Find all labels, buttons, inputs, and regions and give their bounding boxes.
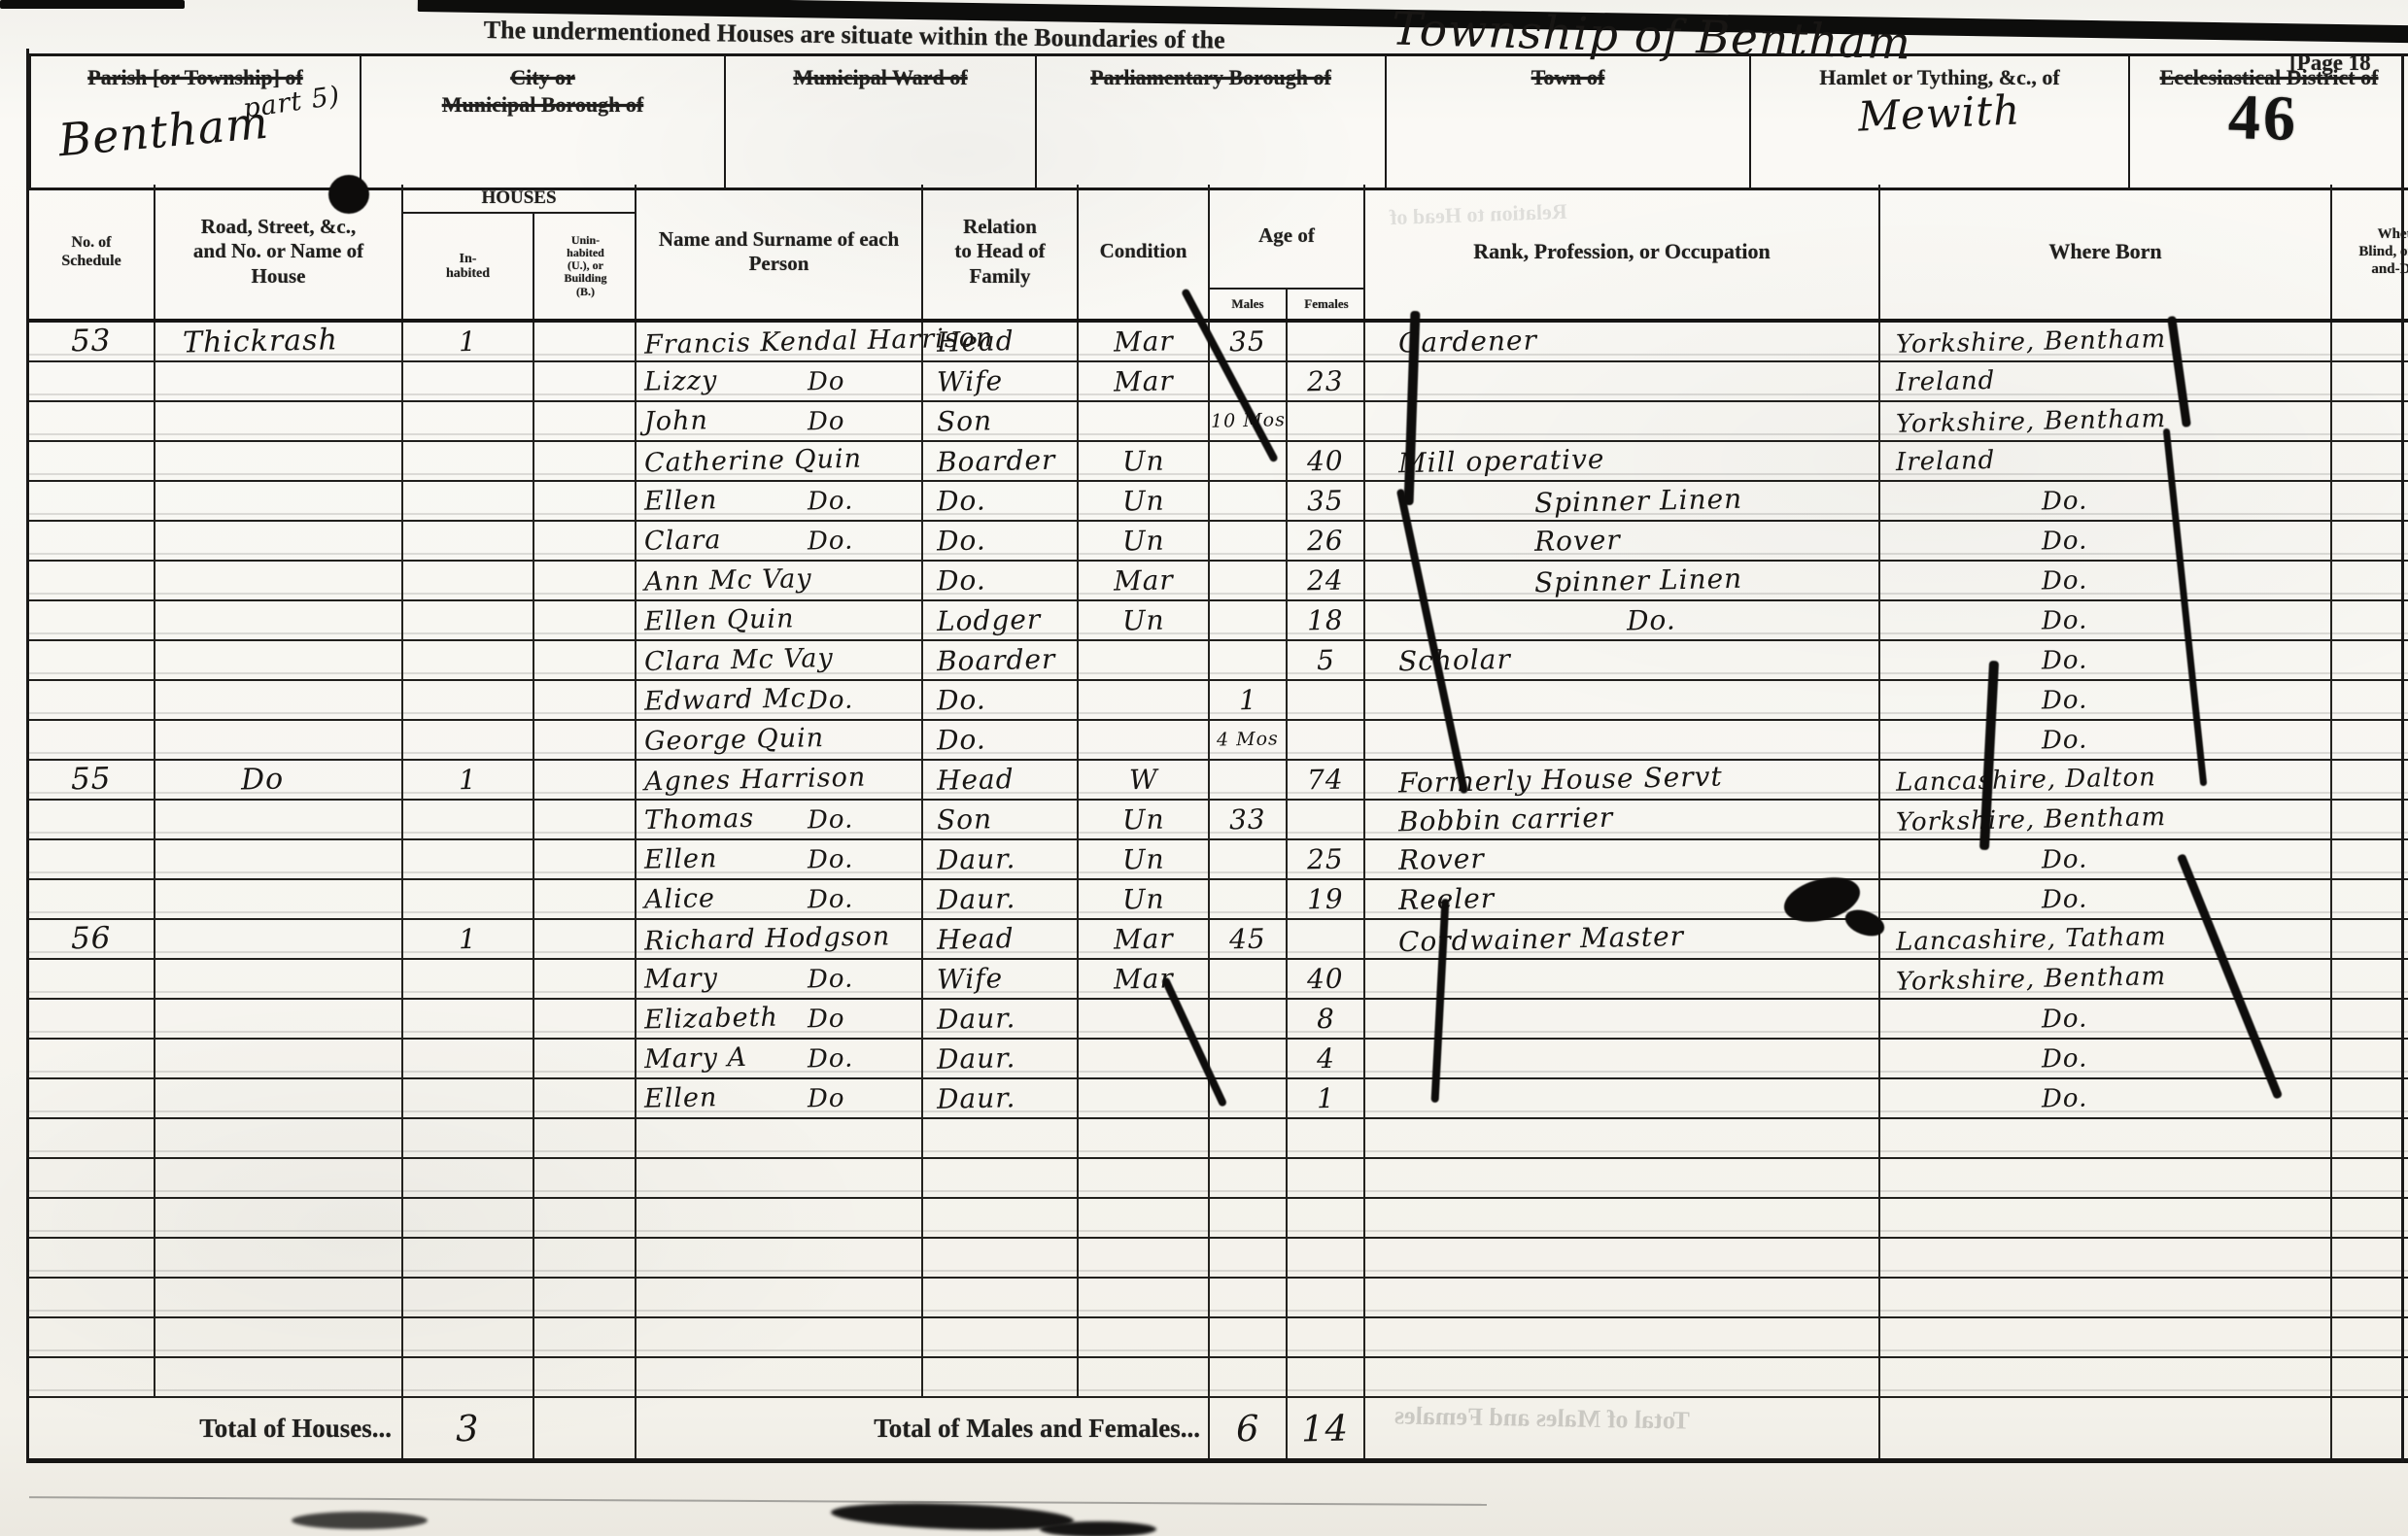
born-cell	[1880, 1358, 2332, 1396]
rel-text: Do.	[937, 726, 986, 754]
inf-cell	[2332, 1159, 2408, 1197]
name-cell: Clara Mc Vay	[636, 641, 923, 679]
born-text: Do.	[2042, 886, 2088, 912]
cond-cell: Un	[1079, 442, 1210, 480]
inh-cell	[403, 1079, 534, 1117]
name-ditto: Do	[808, 1006, 845, 1032]
f-cell: 18	[1288, 601, 1365, 639]
inf-cell	[2332, 880, 2408, 918]
inh-cell	[403, 1000, 534, 1038]
m-text: 45	[1229, 925, 1266, 953]
born-cell: Lancashire, Tatham	[1880, 920, 2332, 958]
m-cell	[1210, 522, 1288, 560]
road-cell	[155, 641, 403, 679]
inh-cell	[403, 721, 534, 759]
road-cell	[155, 1079, 403, 1117]
born-text: Yorkshire, Bentham	[1896, 964, 2167, 995]
rel-cell: Wife	[923, 362, 1079, 400]
name-cell: Ann Mc Vay	[636, 562, 923, 599]
sched-cell	[29, 482, 155, 520]
rel-cell	[923, 1279, 1079, 1316]
m-cell	[1210, 1159, 1288, 1197]
uninh-cell	[534, 1239, 636, 1277]
name-text: Ellen	[644, 487, 718, 515]
born-text: Do.	[2042, 567, 2088, 594]
born-text: Lancashire, Dalton	[1896, 765, 2156, 796]
rel-cell: Boarder	[923, 641, 1079, 679]
born-cell: Lancashire, Dalton	[1880, 761, 2332, 799]
road-cell	[155, 1199, 403, 1237]
m-cell	[1210, 562, 1288, 599]
road-cell	[155, 1239, 403, 1277]
f-text: 35	[1307, 487, 1344, 515]
name-cell: ThomasDo.	[636, 801, 923, 838]
m-cell	[1210, 1239, 1288, 1277]
occ-text: Rover	[1534, 527, 1621, 556]
name-cell: ElizabethDo	[636, 1000, 923, 1038]
f-cell: 40	[1288, 960, 1365, 998]
born-text: Ireland	[1896, 447, 1996, 474]
houses-subheaders: In- habited Unin- habited (U.), or Build…	[403, 214, 635, 319]
name-text: Thomas	[644, 805, 755, 834]
inh-text: 1	[459, 766, 477, 793]
cond-text: Un	[1121, 606, 1164, 634]
occ-text: Spinner Linen	[1534, 485, 1743, 516]
parish-label-struck: Parish [or Township] of	[87, 65, 302, 89]
f-cell: 35	[1288, 482, 1365, 520]
f-text: 4	[1316, 1044, 1334, 1072]
parliamentary-label: Parliamentary Borough of	[1037, 64, 1385, 91]
born-cell: Yorkshire, Bentham	[1880, 323, 2332, 360]
occ-cell	[1365, 1119, 1880, 1157]
name-cell: Agnes Harrison	[636, 761, 923, 799]
rel-cell: Do.	[923, 482, 1079, 520]
rel-cell: Head	[923, 761, 1079, 799]
m-cell	[1210, 840, 1288, 878]
road-cell	[155, 1358, 403, 1396]
rel-text: Lodger	[937, 605, 1042, 634]
total-females-value: 14	[1288, 1398, 1365, 1458]
name-text: Mary	[644, 965, 718, 993]
f-cell	[1288, 1159, 1365, 1197]
uninh-cell	[534, 1279, 636, 1316]
born-cell: Do.	[1880, 482, 2332, 520]
road-cell	[155, 601, 403, 639]
census-page-scan: The undermentioned Houses are situate wi…	[0, 0, 2408, 1536]
name-ditto: Do.	[808, 886, 854, 912]
m-cell	[1210, 442, 1288, 480]
road-cell	[155, 362, 403, 400]
road-cell: Thickrash	[155, 323, 403, 360]
road-text: Thickrash	[183, 325, 338, 358]
road-cell	[155, 840, 403, 878]
name-text: George Quin	[644, 725, 825, 755]
m-cell	[1210, 641, 1288, 679]
road-header-label: Road, Street, &c., and No. or Name of Ho…	[193, 215, 363, 289]
name-text: Mary A	[644, 1044, 748, 1073]
sched-cell	[29, 1318, 155, 1356]
name-text: Alice	[644, 885, 715, 913]
uninh-cell	[534, 1000, 636, 1038]
born-cell: Do.	[1880, 641, 2332, 679]
uninh-cell	[534, 840, 636, 878]
ward-label: Municipal Ward of	[726, 64, 1035, 91]
m-cell: 1	[1210, 681, 1288, 719]
rel-text: Son	[937, 805, 993, 834]
f-cell	[1288, 1279, 1365, 1316]
cond-cell: W	[1079, 761, 1210, 799]
cond-cell	[1079, 681, 1210, 719]
inh-text: 1	[459, 327, 477, 355]
name-text: Lizzy	[644, 367, 718, 395]
f-text: 19	[1307, 885, 1344, 913]
cond-cell	[1079, 402, 1210, 440]
born-text: Do.	[2042, 607, 2088, 633]
f-cell	[1288, 323, 1365, 360]
houses-column-header: HOUSES In- habited Unin- habited (U.), o…	[403, 185, 636, 319]
sched-cell	[29, 1000, 155, 1038]
cond-cell	[1079, 1199, 1210, 1237]
name-ditto: Do.	[808, 687, 854, 713]
uninhabited-header-label: Unin- habited (U.), or Building (B.)	[534, 214, 636, 319]
rel-cell: Do.	[923, 522, 1079, 560]
occ-text: Formerly House Servt	[1398, 763, 1723, 797]
occ-cell	[1365, 1079, 1880, 1117]
totals-infirmity-cell	[2332, 1398, 2408, 1458]
f-cell	[1288, 721, 1365, 759]
totals-rank-cell: Total of Males and Females	[1365, 1398, 1880, 1458]
born-text: Yorkshire, Bentham	[1896, 406, 2167, 437]
inf-cell	[2332, 960, 2408, 998]
f-cell: 5	[1288, 641, 1365, 679]
sched-cell	[29, 1358, 155, 1396]
district-box-town: Town of	[1387, 56, 1751, 188]
age-header-label: Age of	[1210, 185, 1363, 288]
uninh-cell	[534, 362, 636, 400]
cond-cell	[1079, 641, 1210, 679]
cond-cell	[1079, 1119, 1210, 1157]
entry-row-19: Mary ADo.Daur.4Do.	[29, 1040, 2408, 1079]
parish-written: Bentham	[56, 100, 270, 163]
sched-cell	[29, 681, 155, 719]
uninh-cell	[534, 323, 636, 360]
uninh-cell	[534, 721, 636, 759]
uninh-cell	[534, 681, 636, 719]
inf-cell	[2332, 801, 2408, 838]
name-cell: LizzyDo	[636, 362, 923, 400]
f-cell	[1288, 1239, 1365, 1277]
born-text: Do.	[2042, 846, 2088, 872]
sched-cell: 56	[29, 920, 155, 958]
f-cell: 19	[1288, 880, 1365, 918]
f-cell: 26	[1288, 522, 1365, 560]
rel-text: Wife	[937, 965, 1004, 993]
name-cell: EllenDo.	[636, 840, 923, 878]
district-boxes: Parish [or Township] of Bentham part 5) …	[29, 53, 2408, 190]
born-cell: Do.	[1880, 880, 2332, 918]
entry-row-6: ClaraDo.Do.Un26RoverDo.	[29, 522, 2408, 562]
inf-cell	[2332, 1279, 2408, 1316]
name-cell: EllenDo	[636, 1079, 923, 1117]
schedule-column-header: No. of Schedule	[29, 185, 155, 319]
occ-cell	[1365, 402, 1880, 440]
rel-cell: Daur.	[923, 880, 1079, 918]
name-cell: ClaraDo.	[636, 522, 923, 560]
sched-cell	[29, 1199, 155, 1237]
cond-cell	[1079, 1279, 1210, 1316]
born-cell: Do.	[1880, 522, 2332, 560]
road-cell	[155, 482, 403, 520]
born-text: Do.	[2042, 1006, 2088, 1032]
rel-text: Daur.	[937, 1044, 1016, 1074]
m-cell: 45	[1210, 920, 1288, 958]
uninh-cell	[534, 442, 636, 480]
town-label: Town of	[1387, 64, 1749, 91]
f-text: 26	[1307, 527, 1344, 555]
sched-cell	[29, 362, 155, 400]
uninh-cell	[534, 482, 636, 520]
name-ditto: Do.	[808, 966, 854, 992]
inh-cell	[403, 960, 534, 998]
inf-cell	[2332, 920, 2408, 958]
name-ditto: Do.	[808, 1045, 854, 1072]
entry-row-5: EllenDo.Do.Un35Spinner LinenDo.	[29, 482, 2408, 522]
uninh-cell	[534, 880, 636, 918]
m-cell	[1210, 1000, 1288, 1038]
f-cell: 8	[1288, 1000, 1365, 1038]
total-males-value: 6	[1210, 1398, 1288, 1458]
occ-text: Mill operative	[1398, 445, 1605, 476]
rel-text: Daur.	[937, 845, 1016, 874]
cond-cell	[1079, 1239, 1210, 1277]
entry-row-16: 561Richard HodgsonHeadMar45Cordwainer Ma…	[29, 920, 2408, 960]
entry-row-2: LizzyDoWifeMar23Ireland	[29, 362, 2408, 402]
rel-text: Son	[937, 407, 993, 435]
m-cell	[1210, 1358, 1288, 1396]
uninh-cell	[534, 1199, 636, 1237]
name-cell	[636, 1119, 923, 1157]
cond-cell: Mar	[1079, 323, 1210, 360]
inf-cell	[2332, 1000, 2408, 1038]
entry-row-22	[29, 1159, 2408, 1199]
name-cell	[636, 1318, 923, 1356]
f-cell: 24	[1288, 562, 1365, 599]
rel-text: Do.	[937, 686, 986, 714]
uninh-cell	[534, 801, 636, 838]
occ-cell: Do.	[1365, 601, 1880, 639]
district-box-parish: Parish [or Township] of Bentham part 5)	[31, 56, 361, 188]
rel-text: Do.	[937, 487, 986, 515]
f-text: 8	[1316, 1005, 1334, 1032]
m-text: 1	[1238, 686, 1256, 713]
name-cell: Mary ADo.	[636, 1040, 923, 1077]
road-cell	[155, 402, 403, 440]
rel-text: Head	[937, 925, 1015, 954]
m-cell	[1210, 1279, 1288, 1316]
entry-row-21	[29, 1119, 2408, 1159]
uninh-cell	[534, 641, 636, 679]
cond-cell: Un	[1079, 801, 1210, 838]
parliamentary-label-struck: Parliamentary Borough of	[1090, 65, 1331, 89]
inh-cell	[403, 1199, 534, 1237]
sched-cell	[29, 1040, 155, 1077]
infirmity-column-header: Whether Blind, or Deaf- and-Dumb	[2332, 185, 2408, 319]
sched-cell	[29, 1119, 155, 1157]
road-cell	[155, 1318, 403, 1356]
born-text: Ireland	[1896, 367, 1996, 394]
rel-cell	[923, 1239, 1079, 1277]
born-text: Do.	[2042, 488, 2088, 514]
inh-cell	[403, 442, 534, 480]
uninh-cell	[534, 601, 636, 639]
rel-cell: Do.	[923, 721, 1079, 759]
m-cell	[1210, 1318, 1288, 1356]
born-cell: Yorkshire, Bentham	[1880, 801, 2332, 838]
inh-cell	[403, 402, 534, 440]
entry-row-26	[29, 1318, 2408, 1358]
rel-cell: Daur.	[923, 1000, 1079, 1038]
rel-cell: Boarder	[923, 442, 1079, 480]
inh-cell	[403, 681, 534, 719]
born-cell: Do.	[1880, 721, 2332, 759]
sched-cell	[29, 840, 155, 878]
inf-cell	[2332, 482, 2408, 520]
entry-row-24	[29, 1239, 2408, 1279]
sched-text: 56	[71, 924, 112, 955]
entry-row-23	[29, 1199, 2408, 1239]
born-cell: Ireland	[1880, 362, 2332, 400]
inh-cell	[403, 880, 534, 918]
cond-text: Mar	[1113, 367, 1173, 395]
entry-row-4: Catherine QuinBoarderUn40Mill operativeI…	[29, 442, 2408, 482]
road-cell	[155, 920, 403, 958]
occ-cell	[1365, 1159, 1880, 1197]
cond-cell: Mar	[1079, 562, 1210, 599]
sheet-right-border	[2401, 53, 2404, 1463]
sheet-left-border	[26, 49, 29, 1463]
inh-cell	[403, 601, 534, 639]
cond-cell: Mar	[1079, 960, 1210, 998]
m-cell	[1210, 1040, 1288, 1077]
born-column-header: Where Born	[1880, 185, 2332, 319]
road-cell	[155, 721, 403, 759]
rel-text: Daur.	[937, 1005, 1016, 1034]
road-cell	[155, 801, 403, 838]
name-ditto: Do.	[808, 488, 854, 514]
uninh-cell	[534, 1040, 636, 1077]
occ-cell	[1365, 1358, 1880, 1396]
name-ditto: Do	[808, 408, 845, 434]
name-text: Ellen	[644, 845, 718, 873]
inf-cell	[2332, 1199, 2408, 1237]
occ-cell: Gardener	[1365, 323, 1880, 360]
occ-text: Spinner Linen	[1534, 564, 1743, 596]
inf-cell	[2332, 562, 2408, 599]
occ-cell: Spinner Linen	[1365, 482, 1880, 520]
cond-text: Un	[1121, 805, 1164, 834]
cond-cell: Un	[1079, 482, 1210, 520]
cond-cell: Un	[1079, 522, 1210, 560]
rel-cell	[923, 1119, 1079, 1157]
cond-text: Un	[1121, 527, 1164, 555]
hamlet-label: Hamlet or Tything, &c., of	[1751, 64, 2128, 91]
total-females-handwritten: 14	[1301, 1410, 1350, 1447]
inf-cell	[2332, 1239, 2408, 1277]
district-box-borough: City or Municipal Borough of	[361, 56, 726, 188]
rel-cell	[923, 1199, 1079, 1237]
born-text: Yorkshire, Bentham	[1896, 804, 2167, 836]
name-cell	[636, 1199, 923, 1237]
occ-cell: Mill operative	[1365, 442, 1880, 480]
sched-cell	[29, 1239, 155, 1277]
sched-text: 55	[71, 765, 112, 796]
inf-cell	[2332, 1318, 2408, 1356]
town-label-struck: Town of	[1531, 65, 1605, 89]
road-cell	[155, 880, 403, 918]
born-text: Do.	[2042, 687, 2088, 713]
condition-header-label: Condition	[1100, 239, 1187, 263]
ink-blot	[328, 175, 369, 214]
uninh-cell	[534, 1358, 636, 1396]
sched-cell	[29, 1159, 155, 1197]
name-cell: Francis Kendal Harrison	[636, 323, 923, 360]
cond-text: W	[1128, 766, 1157, 794]
sched-text: 53	[71, 326, 112, 358]
cond-text: Un	[1121, 447, 1164, 475]
total-houses-handwritten: 3	[456, 1410, 480, 1447]
f-text: 40	[1307, 965, 1344, 993]
ink-smudge	[1040, 1521, 1156, 1536]
total-males-females-label: Total of Males and Females...	[636, 1398, 1210, 1458]
inh-cell	[403, 362, 534, 400]
f-cell	[1288, 1358, 1365, 1396]
m-cell	[1210, 1119, 1288, 1157]
cond-cell: Mar	[1079, 920, 1210, 958]
f-cell	[1288, 681, 1365, 719]
inf-cell	[2332, 761, 2408, 799]
inh-cell	[403, 562, 534, 599]
rel-text: Do.	[937, 527, 986, 555]
name-cell	[636, 1159, 923, 1197]
inh-cell	[403, 1040, 534, 1077]
sched-cell	[29, 880, 155, 918]
name-cell: MaryDo.	[636, 960, 923, 998]
inh-cell	[403, 482, 534, 520]
m-cell	[1210, 601, 1288, 639]
cond-cell	[1079, 721, 1210, 759]
borough-label: City or Municipal Borough of	[361, 64, 724, 118]
inhabited-header-label: In- habited	[403, 214, 534, 319]
sched-cell	[29, 641, 155, 679]
born-cell: Do.	[1880, 1079, 2332, 1117]
m-cell	[1210, 880, 1288, 918]
occ-cell: Formerly House Servt	[1365, 761, 1880, 799]
road-cell	[155, 1000, 403, 1038]
sched-cell	[29, 960, 155, 998]
name-text: Ellen Quin	[644, 605, 795, 634]
inf-cell	[2332, 442, 2408, 480]
inh-cell	[403, 840, 534, 878]
road-cell	[155, 522, 403, 560]
f-cell: 40	[1288, 442, 1365, 480]
infirmity-header-label: Whether Blind, or Deaf- and-Dumb	[2332, 225, 2408, 278]
f-cell: 25	[1288, 840, 1365, 878]
born-text: Lancashire, Tatham	[1896, 924, 2167, 955]
totals-row: Total of Houses... 3 Total of Males and …	[29, 1398, 2408, 1463]
born-cell	[1880, 1159, 2332, 1197]
entry-row-12: 55Do1Agnes HarrisonHeadW74Formerly House…	[29, 761, 2408, 801]
occ-cell: Bobbin carrier	[1365, 801, 1880, 838]
